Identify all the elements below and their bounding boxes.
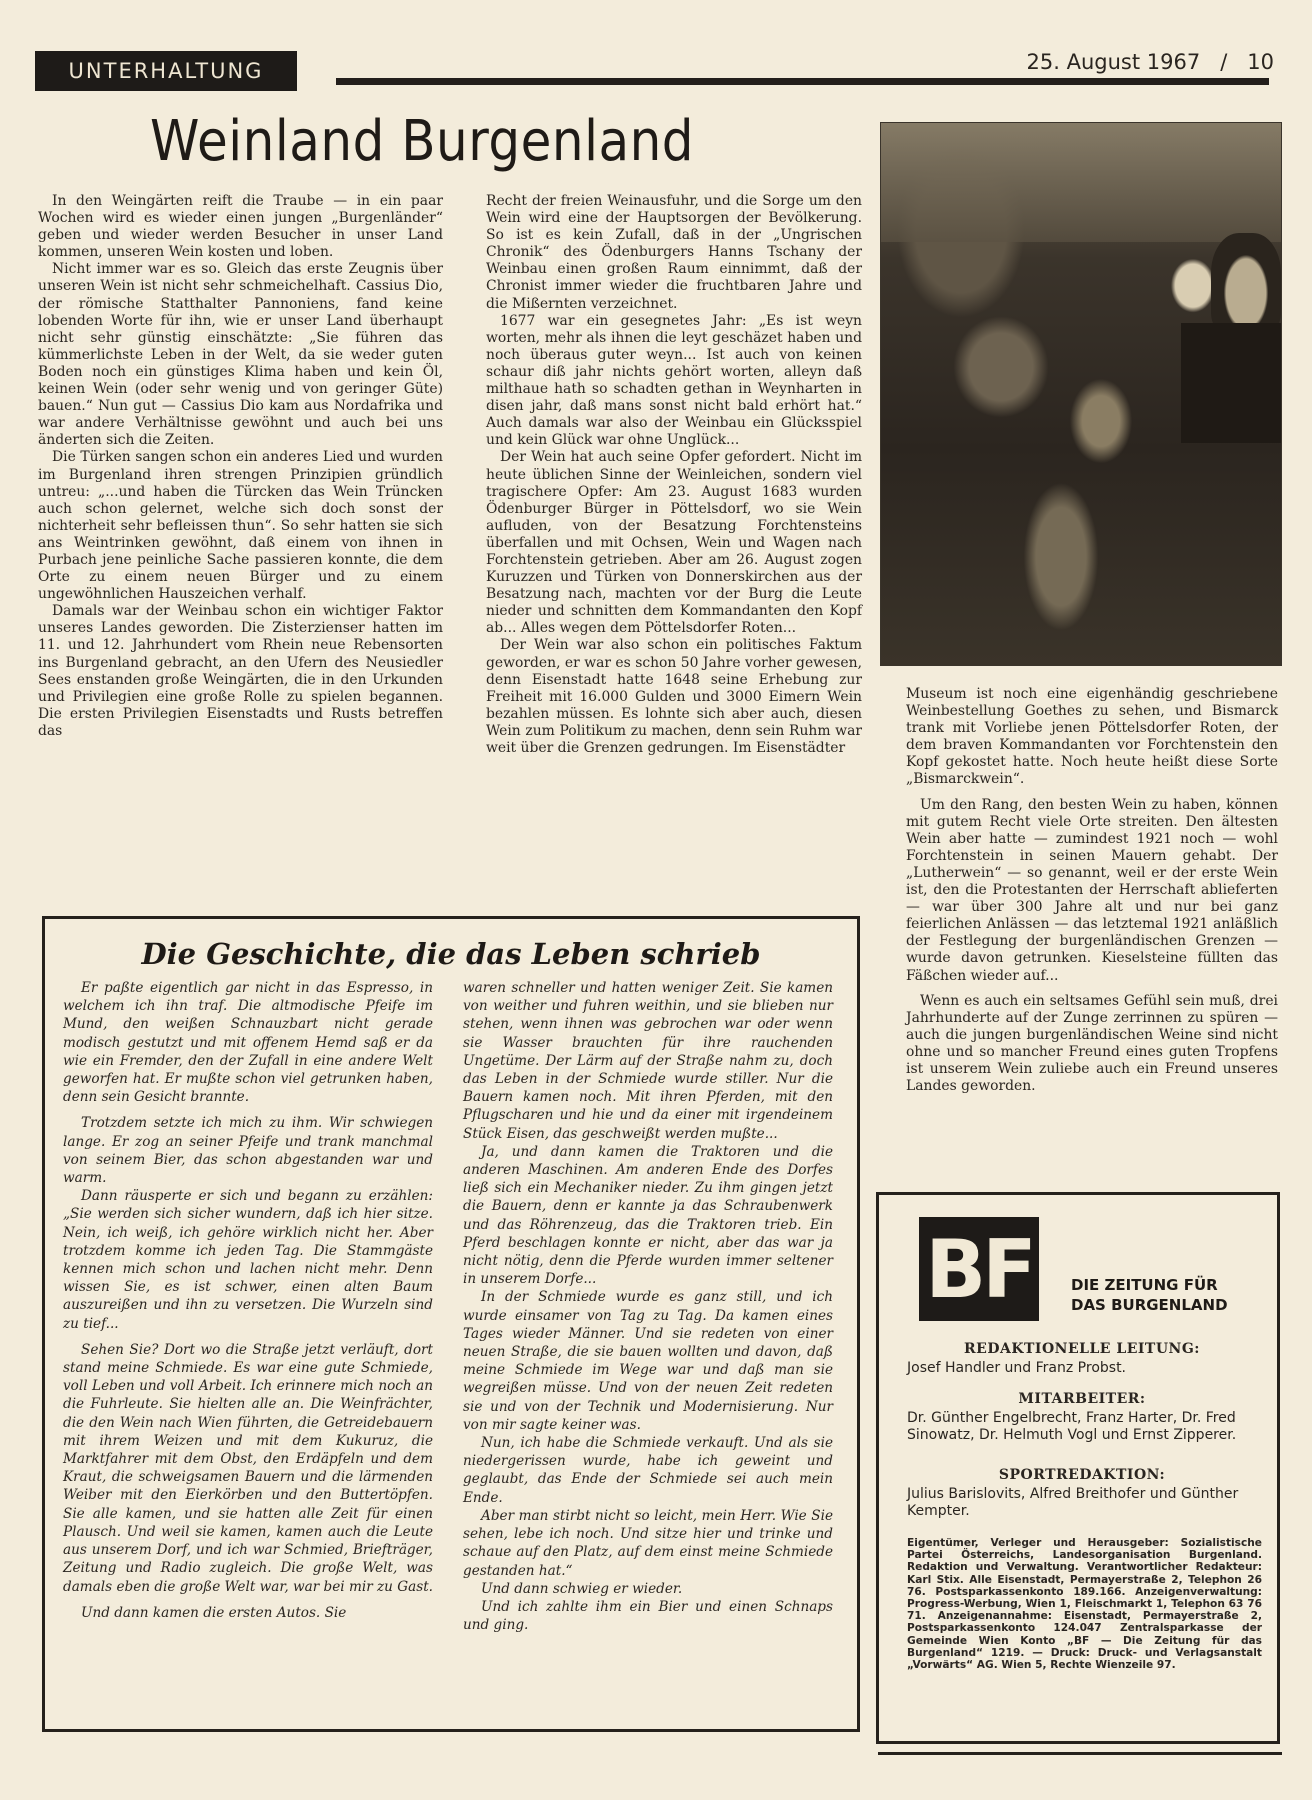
paragraph: Die Türken sangen schon ein anderes Lied… (38, 449, 443, 603)
article-column-2: Recht der freien Weinausfuhr, und die So… (486, 193, 862, 757)
paragraph: Recht der freien Weinausfuhr, und die So… (486, 193, 862, 313)
article-column-3: Museum ist noch eine eigenhändig geschri… (906, 686, 1278, 1095)
paragraph: Nun, ich habe die Schmiede verkauft. Und… (463, 1434, 833, 1507)
header-rule (336, 78, 1269, 85)
impressum-heading: REDAKTIONELLE LEITUNG: (907, 1341, 1257, 1358)
paragraph: Und dann schwieg er wieder. (463, 1580, 833, 1598)
vineyard-photo (880, 122, 1282, 666)
paragraph: Museum ist noch eine eigenhändig geschri… (906, 686, 1278, 789)
photo-winegrower-body (1181, 323, 1281, 443)
impressum-heading: SPORTREDAKTION: (907, 1467, 1257, 1484)
impressum-box: BF DIE ZEITUNG FÜR DAS BURGENLAND REDAKT… (876, 1192, 1280, 1744)
impressum-sports: SPORTREDAKTION: Julius Barislovits, Alfr… (907, 1467, 1257, 1520)
paragraph: Nicht immer war es so. Gleich das erste … (38, 261, 443, 449)
photo-winegrower-head (1211, 233, 1281, 333)
paragraph: 1677 war ein gesegnetes Jahr: „Es ist we… (486, 313, 862, 450)
tagline-line-1: DIE ZEITUNG FÜR (1071, 1275, 1271, 1295)
paragraph: Damals war der Weinbau schon ein wichtig… (38, 603, 443, 740)
paragraph: Er paßte eigentlich gar nicht in das Esp… (63, 979, 433, 1106)
paragraph: Dann räusperte er sich und begann zu erz… (63, 1187, 433, 1333)
issue-info: 25. August 1967 / 10 (1027, 50, 1275, 74)
impressum-editorial: REDAKTIONELLE LEITUNG: Josef Handler und… (907, 1341, 1257, 1377)
paragraph: Um den Rang, den besten Wein zu haben, k… (906, 797, 1278, 985)
bf-logo: BF (919, 1217, 1039, 1321)
impressum-bottom-rule (878, 1752, 1282, 1755)
impressum-legal: Eigentümer, Verleger und Herausgeber: So… (907, 1537, 1262, 1671)
paragraph: In der Schmiede wurde es ganz still, und… (463, 1288, 833, 1434)
paragraph: Aber man stirbt nicht so leicht, mein He… (463, 1507, 833, 1580)
photo-sky (881, 123, 1281, 242)
page-number: 10 (1247, 50, 1274, 74)
paragraph: Der Wein war also schon ein politisches … (486, 637, 862, 757)
paragraph: Und ich zahlte ihm ein Bier und einen Sc… (463, 1598, 833, 1634)
newspaper-page: UNTERHALTUNG 25. August 1967 / 10 Weinla… (0, 0, 1312, 1800)
paragraph: Sehen Sie? Dort wo die Straße jetzt verl… (63, 1341, 433, 1596)
article-column-1: In den Weingärten reift die Traube — in … (38, 193, 443, 740)
story-column-left: Er paßte eigentlich gar nicht in das Esp… (63, 979, 433, 1622)
article-headline: Weinland Burgenland (150, 109, 750, 174)
section-label: UNTERHALTUNG (35, 51, 297, 91)
issue-separator: / (1214, 50, 1233, 74)
impressum-names: Josef Handler und Franz Probst. (907, 1360, 1257, 1377)
paragraph: Trotzdem setzte ich mich zu ihm. Wir sch… (63, 1114, 433, 1187)
paragraph: In den Weingärten reift die Traube — in … (38, 193, 443, 261)
story-title: Die Geschichte, die das Leben schrieb (45, 937, 857, 971)
impressum-names: Julius Barislovits, Alfred Breithofer un… (907, 1486, 1257, 1520)
impressum-heading: MITARBEITER: (907, 1391, 1257, 1408)
story-box: Die Geschichte, die das Leben schrieb Er… (42, 916, 860, 1732)
paragraph: waren schneller und hatten weniger Zeit.… (463, 979, 833, 1143)
tagline-line-2: DAS BURGENLAND (1071, 1295, 1271, 1315)
paragraph: Und dann kamen die ersten Autos. Sie (63, 1604, 433, 1622)
impressum-contributors: MITARBEITER: Dr. Günther Engelbrecht, Fr… (907, 1391, 1257, 1444)
paragraph: Wenn es auch ein seltsames Gefühl sein m… (906, 993, 1278, 1096)
paragraph: Der Wein hat auch seine Opfer gefordert.… (486, 449, 862, 637)
paragraph: Ja, und dann kamen die Traktoren und die… (463, 1143, 833, 1289)
bf-tagline: DIE ZEITUNG FÜR DAS BURGENLAND (1071, 1275, 1271, 1315)
story-column-right: waren schneller und hatten weniger Zeit.… (463, 979, 833, 1634)
issue-date: 25. August 1967 (1027, 50, 1201, 74)
impressum-names: Dr. Günther Engelbrecht, Franz Harter, D… (907, 1410, 1257, 1444)
